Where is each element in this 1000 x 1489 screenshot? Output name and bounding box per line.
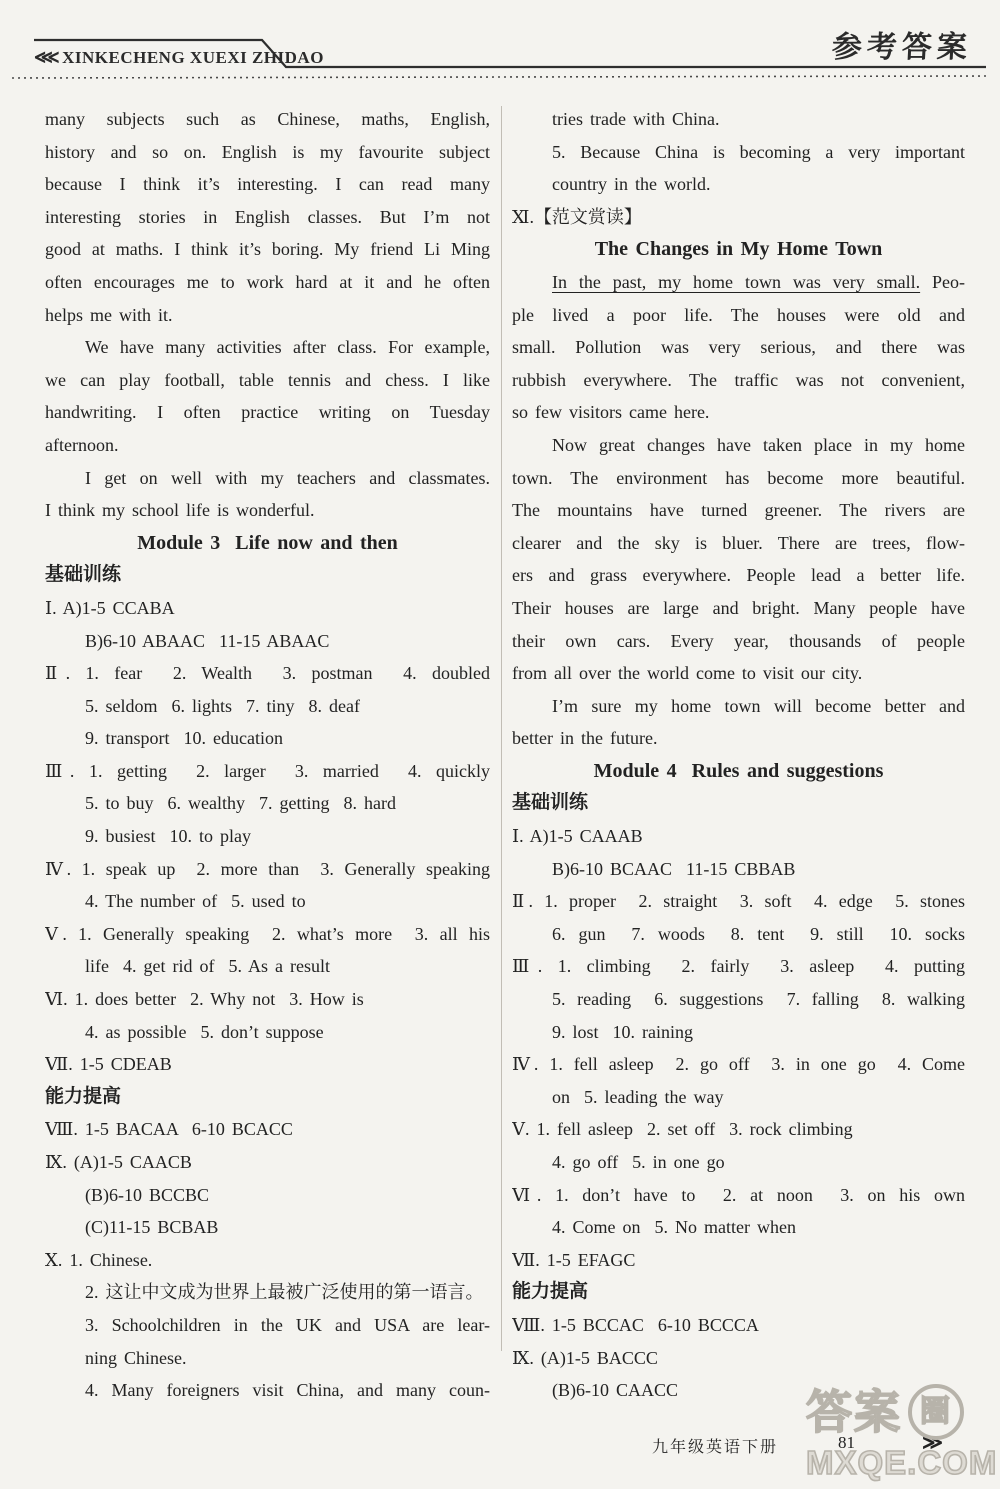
text-line: (B)6-10 CAACC	[512, 1374, 965, 1407]
text-line: Ⅵ. 1. does better 2. Why not 3. How is	[45, 983, 490, 1016]
text-line: In the past, my home town was very small…	[512, 266, 965, 299]
module-heading: Module 3 Life now and then	[45, 527, 490, 560]
text-line: 2. 这让中文成为世界上最被广泛使用的第一语言。	[45, 1276, 490, 1309]
header-logo-text: XINKECHENG XUEXI ZHIDAO	[62, 48, 324, 67]
text-line: Ⅰ. A)1-5 CCABA	[45, 592, 490, 625]
text-line: better in the future.	[512, 722, 965, 755]
text-line: 9. transport 10. education	[45, 722, 490, 755]
text-line: town. The environment has become more be…	[512, 462, 965, 495]
text-line: Now great changes have taken place in my…	[512, 429, 965, 462]
text-line: clearer and the sky is bluer. There are …	[512, 527, 965, 560]
text-line: handwriting. I often practice writing on…	[45, 396, 490, 429]
text-line: Ⅴ. 1. fell asleep 2. set off 3. rock cli…	[512, 1113, 965, 1146]
watermark-site: MXQE.COM	[806, 1446, 1000, 1479]
section-heading: 基础训练	[45, 559, 490, 592]
footer-page-number: 81	[838, 1433, 855, 1453]
text-line: The mountains have turned greener. The r…	[512, 494, 965, 527]
text-line: 4. Many foreigners visit China, and many…	[45, 1374, 490, 1407]
essay-title: The Changes in My Home Town	[512, 233, 965, 266]
section-heading: 基础训练	[512, 787, 965, 820]
page-title: 参考答案	[831, 22, 973, 66]
column-left: many subjects such as Chinese, maths, En…	[45, 103, 490, 1407]
text-line: 5. seldom 6. lights 7. tiny 8. deaf	[45, 690, 490, 723]
text-line: their own cars. Every year, thousands of…	[512, 625, 965, 658]
text-line: Ⅰ. A)1-5 CAAAB	[512, 820, 965, 853]
section-heading: 能力提高	[45, 1081, 490, 1114]
footer-book-title: 九年级英语下册	[652, 1434, 778, 1457]
text-line: good at maths. I think it’s boring. My f…	[45, 233, 490, 266]
text-line: I think my school life is wonderful.	[45, 494, 490, 527]
text-line: I get on well with my teachers and class…	[45, 462, 490, 495]
text-line: we can play football, table tennis and c…	[45, 364, 490, 397]
text-line: history and so on. English is my favouri…	[45, 136, 490, 169]
text-line: afternoon.	[45, 429, 490, 462]
text-line: 5. reading 6. suggestions 7. falling 8. …	[512, 983, 965, 1016]
text-line: 4. as possible 5. don’t suppose	[45, 1016, 490, 1049]
text-line: small. Pollution was very serious, and t…	[512, 331, 965, 364]
text-line: Ⅷ. 1-5 BCCAC 6-10 BCCCA	[512, 1309, 965, 1342]
text-line: 9. busiest 10. to play	[45, 820, 490, 853]
text-line: 4. Come on 5. No matter when	[512, 1211, 965, 1244]
text-line: tries trade with China.	[512, 103, 965, 136]
text-line: country in the world.	[512, 168, 965, 201]
text-line: often encourages me to work hard at it a…	[45, 266, 490, 299]
text-line: We have many activities after class. For…	[45, 331, 490, 364]
module-heading: Module 4 Rules and suggestions	[512, 755, 965, 788]
column-divider	[501, 106, 502, 1351]
text-line: so few visitors came here.	[512, 396, 965, 429]
text-line: 9. lost 10. raining	[512, 1016, 965, 1049]
text-segment: Peo-	[920, 272, 965, 292]
text-line: ple lived a poor life. The houses were o…	[512, 299, 965, 332]
text-line: Ⅱ. 1. proper 2. straight 3. soft 4. edge…	[512, 885, 965, 918]
text-line: 4. The number of 5. used to	[45, 885, 490, 918]
text-line: on 5. leading the way	[512, 1081, 965, 1114]
text-line: 5. Because China is becoming a very impo…	[512, 136, 965, 169]
text-line: from all over the world come to visit ou…	[512, 657, 965, 690]
column-right: tries trade with China.5. Because China …	[512, 103, 965, 1407]
text-line: (B)6-10 BCCBC	[45, 1179, 490, 1212]
text-line: 4. go off 5. in one go	[512, 1146, 965, 1179]
text-line: 6. gun 7. woods 8. tent 9. still 10. soc…	[512, 918, 965, 951]
underlined-text: In the past, my home town was very small…	[552, 272, 920, 292]
text-line: B)6-10 BCAAC 11-15 CBBAB	[512, 853, 965, 886]
text-line: Ⅴ. 1. Generally speaking 2. what’s more …	[45, 918, 490, 951]
text-line: Ⅳ. 1. fell asleep 2. go off 3. in one go…	[512, 1048, 965, 1081]
text-line: 5. to buy 6. wealthy 7. getting 8. hard	[45, 787, 490, 820]
text-line: Ⅳ. 1. speak up 2. more than 3. Generally…	[45, 853, 490, 886]
text-line: 3. Schoolchildren in the UK and USA are …	[45, 1309, 490, 1342]
text-line: life 4. get rid of 5. As a result	[45, 950, 490, 983]
text-line: Ⅷ. 1-5 BACAA 6-10 BCACC	[45, 1113, 490, 1146]
text-line: Ⅲ. 1. getting 2. larger 3. married 4. qu…	[45, 755, 490, 788]
text-line: Ⅲ. 1. climbing 2. fairly 3. asleep 4. pu…	[512, 950, 965, 983]
double-chevron-icon: ≫	[922, 1430, 943, 1455]
text-line: interesting stories in English classes. …	[45, 201, 490, 234]
text-line: rubbish everywhere. The traffic was not …	[512, 364, 965, 397]
text-line: B)6-10 ABAAC 11-15 ABAAC	[45, 625, 490, 658]
text-line: Ⅵ. 1. don’t have to 2. at noon 3. on his…	[512, 1179, 965, 1212]
section-heading: 能力提高	[512, 1276, 965, 1309]
text-line: Ⅶ. 1-5 CDEAB	[45, 1048, 490, 1081]
text-line: ers and grass everywhere. People lead a …	[512, 559, 965, 592]
text-line: Ⅸ. (A)1-5 BACCC	[512, 1342, 965, 1375]
text-line: Ⅹ. 1. Chinese.	[45, 1244, 490, 1277]
text-line: many subjects such as Chinese, maths, En…	[45, 103, 490, 136]
header-logo: ⋘XINKECHENG XUEXI ZHIDAO	[34, 47, 324, 68]
text-line: helps me with it.	[45, 299, 490, 332]
text-line: ning Chinese.	[45, 1342, 490, 1375]
text-line: Ⅸ. (A)1-5 CAACB	[45, 1146, 490, 1179]
text-line: Ⅶ. 1-5 EFAGC	[512, 1244, 965, 1277]
text-line: Their houses are large and bright. Many …	[512, 592, 965, 625]
text-line: (C)11-15 BCBAB	[45, 1211, 490, 1244]
text-line: because I think it’s interesting. I can …	[45, 168, 490, 201]
text-line: Ⅺ.【范文赏读】	[512, 201, 965, 234]
triple-chevron-icon: ⋘	[34, 47, 60, 67]
text-line: Ⅱ. 1. fear 2. Wealth 3. postman 4. doubl…	[45, 657, 490, 690]
text-line: I’m sure my home town will become better…	[512, 690, 965, 723]
